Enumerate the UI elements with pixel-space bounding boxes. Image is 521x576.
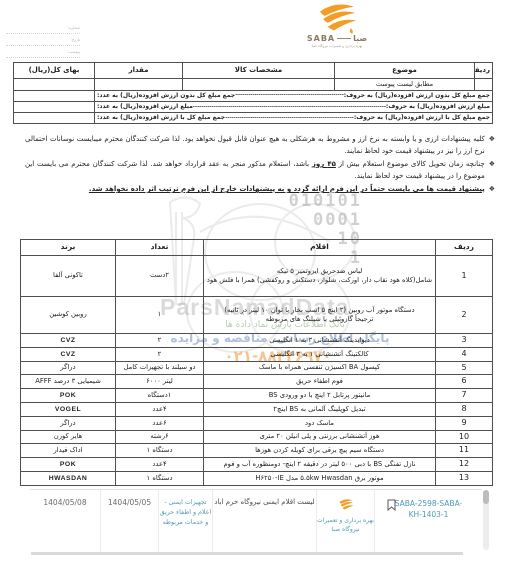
items-col-aghlam: اقلام: [204, 240, 436, 256]
item-brand: VOGEL: [21, 402, 116, 416]
item-row: 11 دستگاه سیم پیچ برقی برای کویله کردن ه…: [21, 444, 493, 458]
record-title: لیست اقلام ایمنی نیروگاه خرم اباد: [214, 498, 314, 506]
summary-total-row: مبلغ ارزش افزوده(ریال) به حروف: مبلغ ارز…: [14, 101, 493, 112]
summary-col-mozoo: موضوع: [335, 63, 475, 79]
summary-table: ردیف موضوع مشخصات کالا مقدار بهای کل(ریا…: [13, 62, 493, 124]
item-brand: تاکونی آلفا: [21, 256, 116, 297]
total-words-label: جمع مبلغ کل بدون ارزش افزوده(ریال) به حر…: [344, 92, 490, 100]
org-logo-icon: [337, 498, 355, 514]
item-number: 6: [436, 375, 493, 389]
total-line: مبلغ ارزش افزوده(ریال) به حروف: مبلغ ارز…: [97, 103, 490, 111]
record-title-cell: لیست اقلام ایمنی نیروگاه خرم اباد: [212, 490, 316, 552]
item-number: 8: [436, 402, 493, 416]
diamond-bullet-icon: ❖: [489, 184, 495, 196]
logo-caption: بهره برداری و تعمیرات نیروگاه صبا: [296, 44, 378, 48]
item-number: 2: [436, 297, 493, 334]
item-quantity: ۶عدد: [116, 416, 204, 430]
item-brand: POK: [21, 458, 116, 472]
item-quantity: ۱دستگاه: [116, 389, 204, 403]
footer-bottom-divider: [31, 552, 463, 555]
item-row: 2 دستگاه موتور آب روبین (۲ اینچ ۵ اسب بخ…: [21, 297, 493, 334]
record-category: تجهیزات ایمنی - اعلام و اطفاء حریق و خدم…: [159, 498, 212, 528]
item-brand: CVZ: [21, 334, 116, 348]
item-brand: HWASDAN: [21, 471, 116, 485]
summary-total-row: جمع مبلغ کل با ارزش افزوده(ریال) به حروف…: [14, 112, 493, 123]
total-amount-cell: [14, 112, 95, 123]
organization-cell: بهره برداری و تعمیرات نیروگاه صبا: [316, 490, 374, 552]
item-number: 9: [436, 416, 493, 430]
record-category-cell: تجهیزات ایمنی - اعلام و اطفاء حریق و خدم…: [158, 490, 212, 552]
conditions-notes: ❖ کلیه پیشنهادات ارزی و یا وابسته به نرخ…: [25, 134, 495, 198]
item-row: 3 دیوایدینگ آتشنشانی ۳ به ۱ انگلیسی ۲ CV…: [21, 334, 493, 348]
item-number: 5: [436, 361, 493, 375]
item-description: کپسول BA اکسیژن تنفسی همراه با ماسک: [204, 361, 436, 375]
total-amount-cell: [14, 90, 95, 101]
deadline-date: 1404/05/08: [43, 498, 86, 507]
summary-subject-row: مطابق لیست پیوست: [14, 79, 493, 91]
publish-date-cell: 1404/05/05: [100, 490, 158, 552]
note-item: ❖ کلیه پیشنهادات ارزی و یا وابسته به نرخ…: [25, 134, 495, 157]
letterhead-form-field: شماره:: [6, 22, 80, 34]
item-number: 12: [436, 458, 493, 472]
record-code-cell: SABA-2598-SABA-KH-1403-1: [374, 490, 482, 552]
total-digits-label: مبلغ ارزش افزوده(ریال) به عدد:: [97, 103, 193, 111]
total-words-label: جمع مبلغ کل با ارزش افزوده(ریال) به حروف…: [354, 114, 490, 122]
item-number: 7: [436, 389, 493, 403]
logo-wordmark: صبا SABA: [296, 34, 378, 43]
note-item: ❖ چنانچه زمان تحویل کالای موضوع استعلام …: [25, 159, 495, 182]
item-row: 5 کپسول BA اکسیژن تنفسی همراه با ماسک دو…: [21, 361, 493, 375]
item-quantity: دستگاه ۱: [116, 444, 204, 458]
scrollbar-thumb[interactable]: [483, 490, 489, 504]
item-row: 8 تبدیل کوپلینگ آلمانی به BS اینچ۲ ۴عدد …: [21, 402, 493, 416]
item-description: مانیتور پرتابل ۲ اینچ با دو ورودی BS: [204, 389, 436, 403]
item-description: نازل تفنگی BS با دبی ۵۰۰ لیتر در دقیقه ۲…: [204, 458, 436, 472]
item-row: 10 هوز آتشنشانی برزنتی و پلی انیلن ۲۰ مت…: [21, 430, 493, 444]
item-description: دستگاه سیم پیچ برقی برای کویله کردن هوزه…: [204, 444, 436, 458]
item-brand: دراگر: [21, 361, 116, 375]
items-col-tedad: تعداد: [116, 240, 204, 256]
item-description: فوم اطفاء حریق: [204, 375, 436, 389]
document-page: شماره:تاریخ:پیوست: صبا SABA بهره برداری …: [0, 0, 521, 576]
item-quantity: ۲: [116, 347, 204, 361]
fill-in-blank-line: [225, 115, 354, 122]
item-description: تبدیل کوپلینگ آلمانی به BS اینچ۲: [204, 402, 436, 416]
items-header-row: ردیف اقلام تعداد برند: [21, 240, 493, 256]
item-description: کالکتینگ آتشنشانی ۱ به ۳ انگلیسی: [204, 347, 436, 361]
item-brand: POK: [21, 389, 116, 403]
summary-col-bahaye-kol: بهای کل(ریال): [14, 63, 95, 79]
item-number: 3: [436, 334, 493, 348]
items-table: ردیف اقلام تعداد برند 1 لباس ضدحریق ایزو…: [20, 239, 493, 486]
item-quantity: دو سیلند با تجهیزات کامل: [116, 361, 204, 375]
item-description: موتور برق ۵.۵kw Hwasdan مدل H۶۲۵۰-IE: [204, 471, 436, 485]
note-item: ❖ پیشنهاد قیمت ها می بایست حتماً در این …: [25, 184, 495, 196]
fill-in-blank-line: [235, 92, 344, 99]
publish-date: 1404/05/05: [108, 498, 151, 507]
item-description: دیوایدینگ آتشنشانی ۳ به ۱ انگلیسی: [204, 334, 436, 348]
deadline-date-cell: 1404/05/08: [30, 490, 100, 552]
item-number: 11: [436, 444, 493, 458]
subject-cell: مطابق لیست پیوست: [335, 79, 475, 91]
scrollbar[interactable]: [483, 490, 489, 550]
fill-in-blank-line: [193, 104, 386, 111]
item-brand: CVZ: [21, 347, 116, 361]
summary-col-meghdar: مقدار: [95, 63, 183, 79]
total-line: جمع مبلغ کل با ارزش افزوده(ریال) به حروف…: [97, 114, 490, 122]
item-quantity: ۲: [116, 334, 204, 348]
item-number: 1: [436, 256, 493, 297]
item-quantity: دستگاه ۱: [116, 471, 204, 485]
total-line: جمع مبلغ کل بدون ارزش افزوده(ریال) به حر…: [97, 92, 490, 100]
item-number: 10: [436, 430, 493, 444]
total-words-label: مبلغ ارزش افزوده(ریال) به حروف:: [386, 103, 490, 111]
item-brand: شیمیایی ۳ درصد AFFF: [21, 375, 116, 389]
items-col-radif: ردیف: [436, 240, 493, 256]
letterhead-form-field: تاریخ:: [6, 34, 80, 46]
item-brand: اداک فیدار: [21, 444, 116, 458]
summary-header-row: ردیف موضوع مشخصات کالا مقدار بهای کل(ریا…: [14, 63, 493, 79]
item-quantity: ۴عدد: [116, 402, 204, 416]
item-row: 1 لباس ضدحریق ایزوتمیر ۵ تیکهشامل(کلاه ه…: [21, 256, 493, 297]
summary-col-radif: ردیف: [475, 63, 493, 79]
item-quantity: ۱: [116, 297, 204, 334]
item-description: ماسک دود: [204, 416, 436, 430]
item-row: 6 فوم اطفاء حریق لیتر ۶۰۰۰ شیمیایی ۳ درص…: [21, 375, 493, 389]
item-description: دستگاه موتور آب روبین (۲ اینچ ۵ اسب بخار…: [204, 297, 436, 334]
items-col-brand: برند: [21, 240, 116, 256]
item-description: لباس ضدحریق ایزوتمیر ۵ تیکهشامل(کلاه هود…: [204, 256, 436, 297]
item-row: 13 موتور برق ۵.۵kw Hwasdan مدل H۶۲۵۰-IE …: [21, 471, 493, 485]
item-row: 9 ماسک دود ۶عدد دراگر: [21, 416, 493, 430]
item-brand: روبین کوشین: [21, 297, 116, 334]
letterhead-form-field: پیوست:: [6, 46, 80, 58]
logo-divider: [337, 38, 351, 40]
letterhead-form-fields: شماره:تاریخ:پیوست:: [6, 22, 80, 58]
item-number: 13: [436, 471, 493, 485]
item-row: 4 کالکتینگ آتشنشانی ۱ به ۳ انگلیسی ۲ CVZ: [21, 347, 493, 361]
item-quantity: ۶رشته: [116, 430, 204, 444]
bookmark-icon[interactable]: [387, 499, 396, 513]
diamond-bullet-icon: ❖: [489, 159, 495, 182]
summary-total-row: جمع مبلغ کل بدون ارزش افزوده(ریال) به حر…: [14, 90, 493, 101]
item-quantity: ۲دست: [116, 256, 204, 297]
diamond-bullet-icon: ❖: [489, 134, 495, 157]
summary-col-moshakhasat: مشخصات کالا: [183, 63, 335, 79]
item-brand: هایر کورن: [21, 430, 116, 444]
total-amount-cell: [14, 101, 95, 112]
item-description: هوز آتشنشانی برزنتی و پلی انیلن ۲۰ متری: [204, 430, 436, 444]
item-row: 7 مانیتور پرتابل ۲ اینچ با دو ورودی BS ۱…: [21, 389, 493, 403]
saba-flame-icon: [296, 2, 378, 36]
company-logo: صبا SABA بهره برداری و تعمیرات نیروگاه ص…: [296, 2, 378, 48]
item-quantity: لیتر ۶۰۰۰: [116, 375, 204, 389]
record-code-link[interactable]: SABA-2598-SABA-KH-1403-1: [390, 498, 468, 521]
item-row: 12 نازل تفنگی BS با دبی ۵۰۰ لیتر در دقیق…: [21, 458, 493, 472]
note-highlight: ۴۵ روز: [312, 160, 336, 168]
item-number: 4: [436, 347, 493, 361]
tender-listing-row: SABA-2598-SABA-KH-1403-1 بهره برداری و ت…: [30, 489, 482, 552]
organization-name: بهره برداری و تعمیرات نیروگاه صبا: [317, 516, 374, 534]
item-brand: دراگر: [21, 416, 116, 430]
total-digits-label: جمع مبلغ کل با ارزش افزوده(ریال) به عدد:: [97, 114, 225, 122]
item-quantity: ۴عدد: [116, 458, 204, 472]
total-digits-label: جمع مبلغ کل بدون ارزش افزوده(ریال) به عد…: [97, 92, 235, 100]
